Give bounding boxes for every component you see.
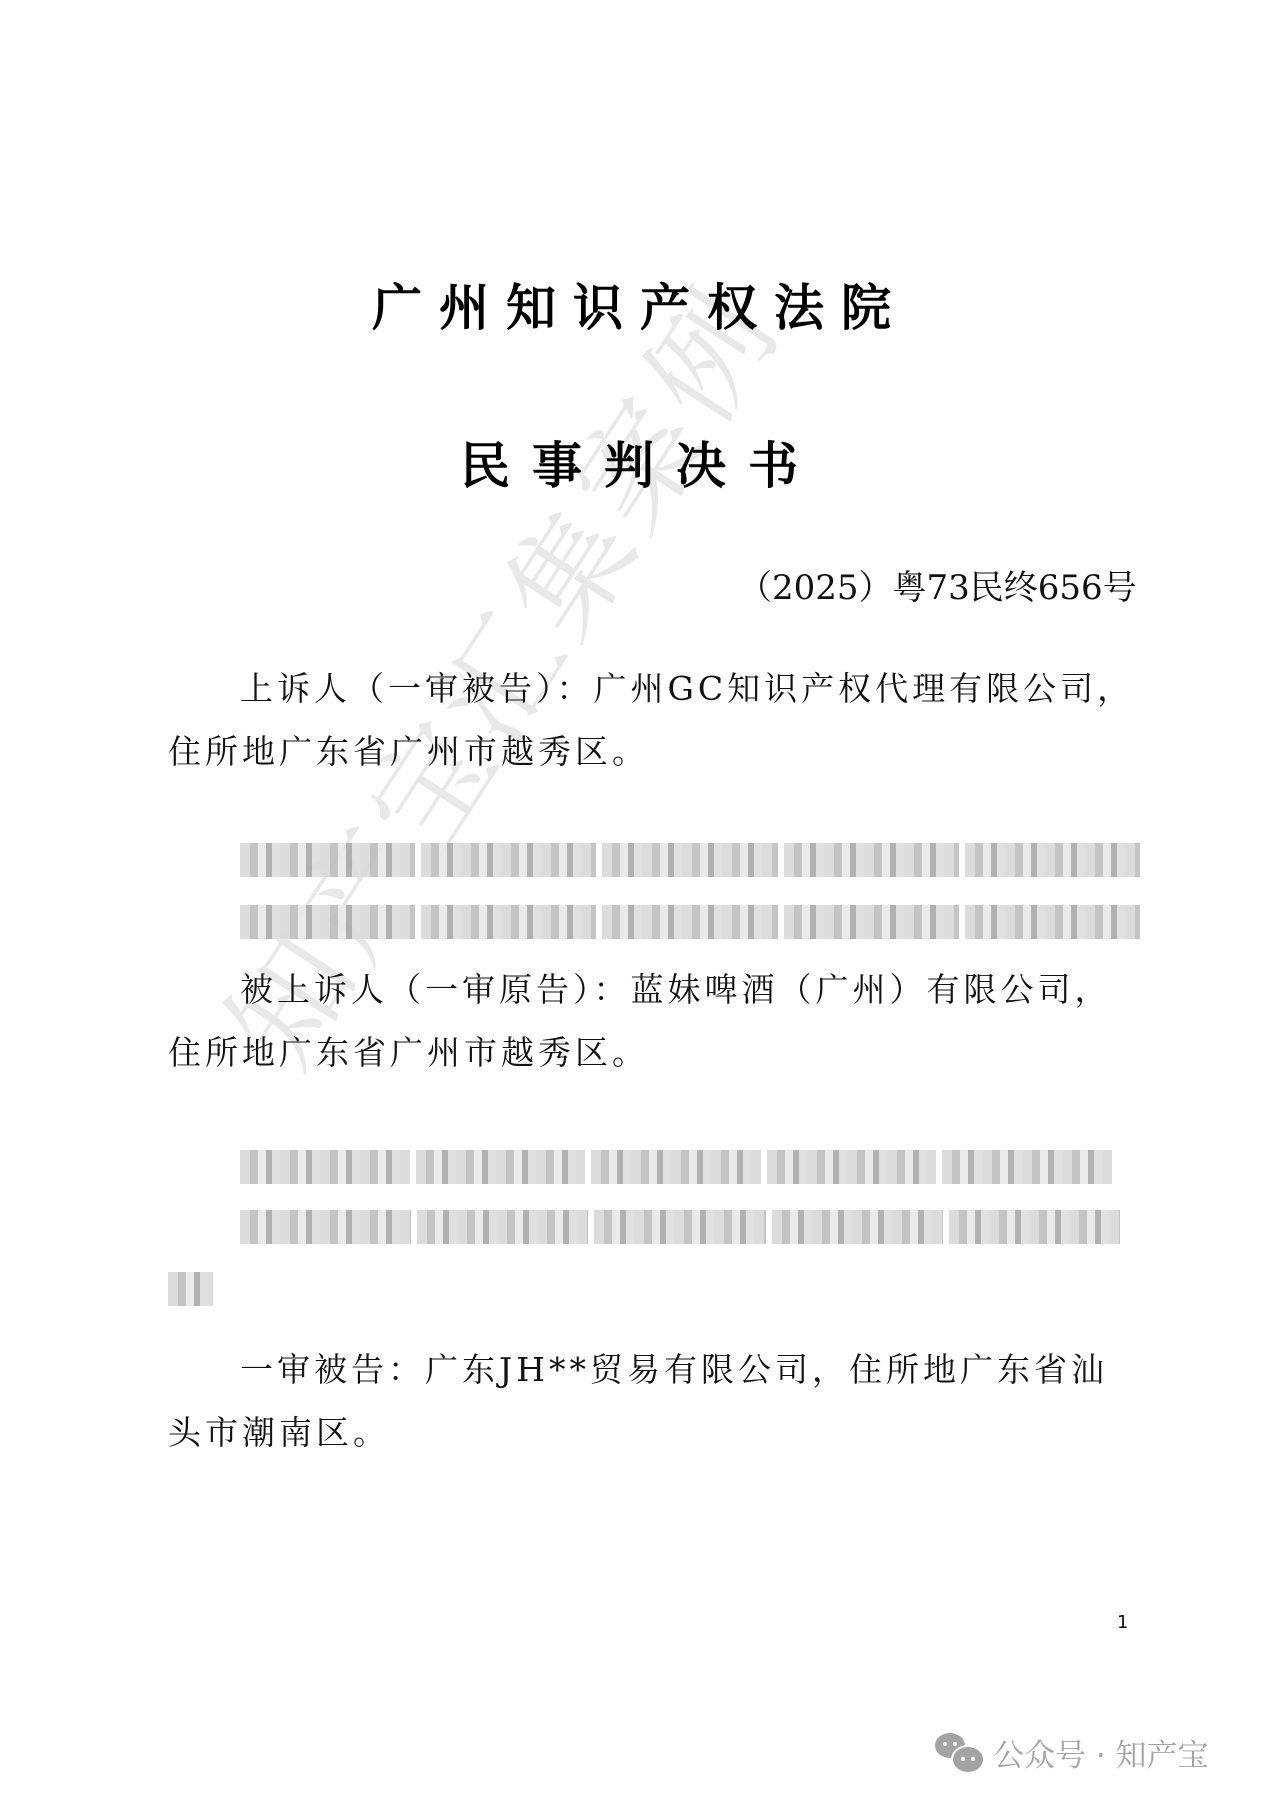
court-name-title: 广州知识产权法院 [0, 268, 1280, 340]
redacted-line [240, 843, 1140, 877]
appellee-paragraph: 被上诉人（一审原告）：蓝妹啤酒（广州）有限公司，住所地广东省广州市越秀区。 [168, 958, 1140, 1084]
first-instance-defendant-paragraph: 一审被告：广东JH**贸易有限公司，住所地广东省汕头市潮南区。 [168, 1338, 1140, 1464]
redacted-line [240, 905, 1140, 939]
case-number: （2025）粤73民终656号 [738, 560, 1137, 609]
document-type-title: 民事判决书 [0, 426, 1280, 498]
page-number: 1 [1117, 1612, 1128, 1633]
wechat-icon [935, 1733, 983, 1773]
redacted-line [240, 1150, 1112, 1184]
appellant-paragraph: 上诉人（一审被告）：广州GC知识产权代理有限公司，住所地广东省广州市越秀区。 [168, 657, 1140, 783]
redacted-line [168, 1272, 213, 1306]
document-page: 知产宝汇集案例 广州知识产权法院 民事判决书 （2025）粤73民终656号 上… [0, 0, 1280, 1810]
footer-account-label: 公众号 · 知产宝 [935, 1730, 1209, 1775]
footer-label: 公众号 · 知产宝 [993, 1730, 1209, 1775]
redacted-line [240, 1210, 1120, 1244]
